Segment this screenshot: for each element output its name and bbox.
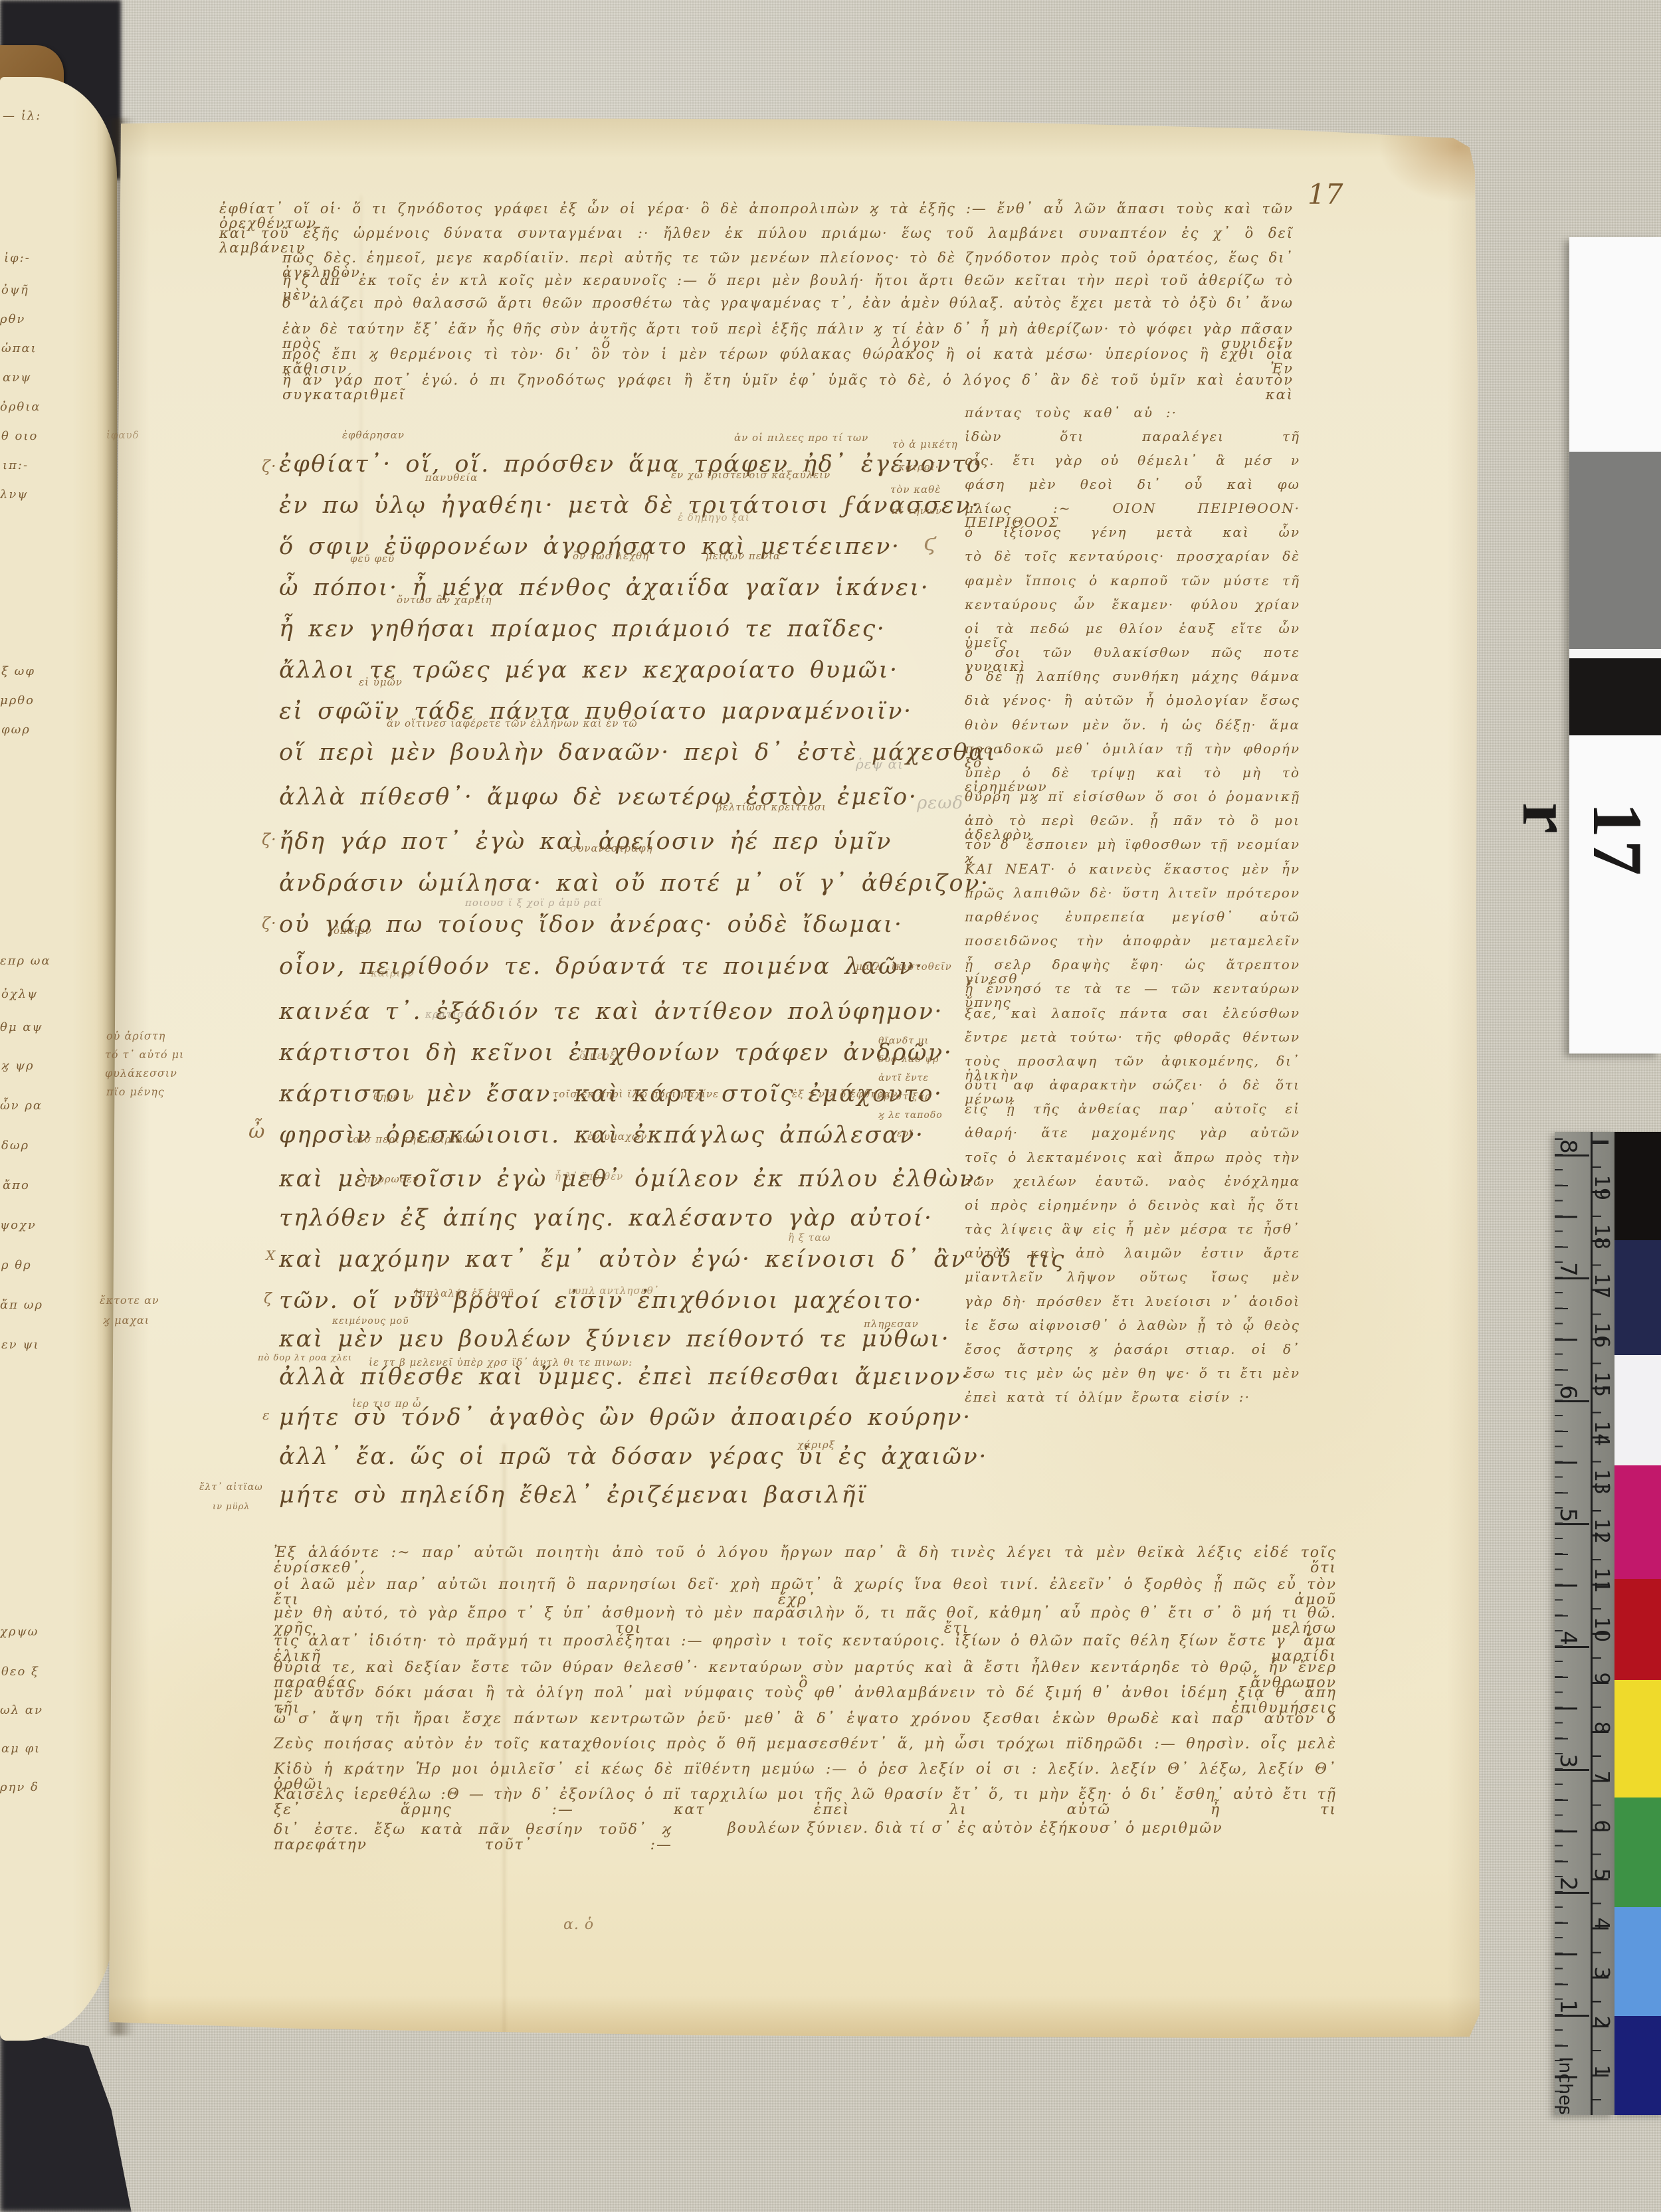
- right-scholia-line: ἔσος ἄστρης ϗ ῥασάρι στιαρ. οἱ δ᾽: [965, 1342, 1300, 1356]
- margin-mark: ἰφαυδ: [106, 430, 140, 441]
- interlinear-gloss: ἰε ττ β μελενεῖ ὑπὲρ χρσ ϊδ᾽ ἀντλ θι τε …: [369, 1358, 633, 1368]
- patch-navy: [1614, 1240, 1661, 1355]
- interlinear-gloss: ϛ: [924, 531, 937, 555]
- bottom-scholia-line: βουλέων ξύνιεν. διὰ τί σ᾽ ἐς αὐτὸν ἐξήκο…: [728, 1821, 1223, 1836]
- cm-number: 12: [1591, 1519, 1611, 1544]
- inch-number: 7: [1557, 1262, 1579, 1277]
- ruler-unit-label: Inches: [1555, 2057, 1576, 2115]
- white-gap: [1569, 649, 1661, 658]
- inch-number: 2: [1557, 1877, 1579, 1891]
- right-scholia-line: ἰδὼν ὅτι παραλέγει τῆ: [965, 430, 1300, 444]
- right-scholia-line: γὰρ δὴ· πρόσθεν ἔτι λυείοισι ν᾽ ἀοιδοὶ: [965, 1295, 1300, 1309]
- margin-mark: ζ·: [262, 832, 277, 848]
- verse-line: ὦ πόποι· ἦ μέγα πένθος ἀχαιΐδα γαῖαν ἱκά…: [279, 576, 929, 600]
- cm-number: 3: [1591, 1966, 1611, 1979]
- folio-label: 17 r: [1512, 802, 1652, 878]
- interlinear-gloss: ἐν χῶ ἱριστενοισ κἀξαύλειν: [671, 470, 830, 481]
- cm-number: 4: [1591, 1917, 1611, 1930]
- interlinear-gloss: ἐφθάρησαν: [342, 430, 405, 441]
- eighth-inch-ticks: [1555, 1132, 1563, 2115]
- folio-number: 17: [1308, 178, 1343, 211]
- top-scholia-line: δ᾽ ἀλάζει πρὸ θαλασσῶ ἄρτι θεῶν προσθέτω…: [282, 296, 1294, 310]
- verse-line: μήτε σὺ πηλείδη ἔθελ᾽ ἐριζέμεναι βασιλῆϊ: [279, 1483, 868, 1508]
- interlinear-gloss: α. ὁ: [563, 1917, 594, 1932]
- cm-number: 14: [1591, 1421, 1611, 1446]
- interlinear-gloss: εἰ ὑμῶν: [359, 678, 403, 688]
- verse-line: ἀλλ᾽ ἔα. ὥς οἱ πρῶ τὰ δόσαν γέρας ὑι ἐς …: [279, 1445, 988, 1469]
- interlinear-gloss: τοῖσ περὶ τὴν πειρίθουν: [347, 1135, 483, 1145]
- cm-number: 18: [1591, 1224, 1611, 1249]
- right-scholia-line: μϊαντλεῖν λῆψον οὕτως ἴσως μὲν: [965, 1270, 1300, 1284]
- right-scholia-line: τὰς λίψεις ἃψ εἰς ἧ μὲν μέσρα τε ἦσθ᾽: [965, 1222, 1300, 1236]
- right-scholia-line: ἱε ἔσω αἰφνοισθ᾽ ὁ λαθὼν ᾗ τὸ ᾧ θεὸς: [965, 1319, 1300, 1333]
- verse-line: ἐν πω ὑλῳ ἠγαθέηι· μετὰ δὲ τριτάτοισι ϝά…: [279, 494, 981, 518]
- interlinear-gloss: δυσ λαο ψρ: [878, 1055, 939, 1065]
- inch-number: 5: [1557, 1508, 1579, 1522]
- interlinear-gloss: ἀν οἱ πιλεες προ τί των: [734, 433, 868, 444]
- interlinear-gloss: ἢ ξ ταω: [788, 1233, 830, 1244]
- cm-number: 16: [1591, 1323, 1611, 1348]
- interlinear-gloss: ἂν οἵτινεσ ϊαφέρετε τῶν ἑλλήνων καὶ ἐν τ…: [387, 719, 638, 729]
- interlinear-gloss: ὅ περξ: [579, 1051, 616, 1061]
- right-scholia-line: αὐτὸς καὶ ἀπὸ λαιμῶν ἐστιν ἄρτε: [965, 1246, 1300, 1260]
- manuscript-photo: — ἰλ:ἰφ:-ὀψῆρθνὡπαιανψὀρθιαθ οιοιπ:-λνψξ…: [0, 0, 1661, 2212]
- margin-mark: ὦ: [248, 1121, 265, 1143]
- right-scholia-line: φάση μὲν θεοὶ δι᾽ οὗ καὶ φω: [965, 478, 1300, 492]
- top-scholia-line: ἢ ἂν γάρ ποτ᾽ ἐγώ. ὁ πι ζηνοδότως γράφει…: [282, 373, 1294, 402]
- margin-mark: ζ·: [262, 458, 277, 475]
- right-scholia-line: φαμὲν ἴπποις ὁ καρποῦ τῶν μύστε τῆ: [965, 574, 1300, 588]
- cm-number: 5: [1591, 1868, 1611, 1881]
- cm-number: 8: [1591, 1721, 1611, 1734]
- right-scholia-line: πρῶς λαπιθῶν δὲ· ὕστη λιτεῖν πρότερον: [965, 886, 1300, 900]
- margin-mark: ζ: [264, 1291, 272, 1307]
- cm-number: 7: [1591, 1770, 1611, 1783]
- right-scholia-line: τὸ δὲ τοῖς κενταύροις· προσχαρίαν δὲ: [965, 549, 1300, 563]
- interlinear-gloss: ὄντωσ ἂν χαρείη: [397, 595, 492, 606]
- interlinear-gloss: τοῖσ ἐκ πηρὶ ϊλω πυρὶ μαχίνε: [553, 1089, 719, 1100]
- inch-number: 6: [1557, 1385, 1579, 1400]
- patch-green: [1614, 1797, 1661, 1907]
- cm-number: 9: [1591, 1672, 1611, 1685]
- margin-mark: τό τ᾽ αὐτό μι: [105, 1050, 184, 1061]
- right-scholia-line: τῶν χειλέων ἑαυτῶ. ναὸς ἐνόχλημα: [965, 1174, 1300, 1188]
- interlinear-gloss: μείζων πενία: [706, 551, 781, 562]
- right-scholia-line: ΚΑΙ ΝΕΑΤ· ὁ καινεὺς ἕκαστος μὲν ἦν: [965, 862, 1300, 876]
- patch-yellow: [1614, 1680, 1661, 1797]
- margin-mark: ἔκτοτε αν: [100, 1295, 159, 1307]
- patch-magenta: [1614, 1465, 1661, 1579]
- right-scholia-line: κενταύρους ὧν ἔκαμεν· φύλου χρίαν: [965, 598, 1300, 612]
- interlinear-gloss: ἦ λ᾽ ϊπό θεν: [555, 1172, 623, 1182]
- margin-mark: ε: [262, 1408, 270, 1422]
- interlinear-gloss: βελτίωσι κρείττοσι: [716, 802, 827, 813]
- verse-line: τηλόθεν ἐξ ἀπίης γαίης. καλέσαντο γὰρ αὐ…: [279, 1206, 933, 1231]
- interlinear-gloss: ἐν υμαχων: [587, 1132, 647, 1143]
- cm-number: 1: [1591, 2065, 1611, 2077]
- interlinear-gloss: καιροί·: [898, 462, 939, 473]
- right-scholia-line: ξαε, καὶ λαποῖς πάντα σαι ἐλεύσθων: [965, 1006, 1300, 1020]
- margin-mark: Χ: [266, 1249, 276, 1263]
- inch-number: 8: [1557, 1139, 1579, 1154]
- interlinear-gloss: ἱερ τισ πρ ὦ: [352, 1399, 421, 1410]
- right-scholia-line: ἐπεὶ κατὰ τί ὀλίμν ἔρωτα εἰσίν :·: [965, 1390, 1250, 1404]
- interlinear-gloss: συνανεστράφη: [570, 844, 653, 854]
- right-scholia-line: οἷς. ἔτι γὰρ οὐ θέμελι᾽ ἃ μέσ ν: [965, 454, 1300, 468]
- verse-line: ἦ κεν γηθήσαι πρίαμος πριάμοιό τε παῖδες…: [279, 617, 886, 642]
- right-scholia-line: θύρρη μϗ πϊ εἰσίσθων ὅ σοι ὁ ῥομανικῇ: [965, 790, 1300, 804]
- cm-number: 15: [1591, 1372, 1611, 1397]
- interlinear-gloss: νυπλ αντλησεθ᾽: [568, 1286, 659, 1297]
- interlinear-gloss: ευϊ: [897, 1129, 914, 1139]
- interlinear-gloss: ἱππλαλήτ ἐξ ἐμοῦ: [415, 1289, 514, 1299]
- gray-band: [1569, 452, 1661, 649]
- verse-line: καὶ μὲν μευ βουλέων ξύνιεν πείθοντό τε μ…: [279, 1327, 950, 1352]
- white-band: [1569, 237, 1661, 452]
- interlinear-gloss: ϗ λε ταποδο: [878, 1111, 943, 1121]
- verse-line: κάρτιστοι δὴ κεῖνοι ἐπιχθονίων τράφεν ἀν…: [279, 1041, 953, 1065]
- inch-number: 3: [1557, 1754, 1579, 1768]
- verse-line: καὶ μαχόμην κατ᾽ ἔμ᾽ αὐτὸν ἐγώ· κείνοισι…: [279, 1247, 1066, 1272]
- cm-number: 10: [1591, 1617, 1611, 1642]
- interlinear-gloss: ῥεψ ἅι: [856, 757, 904, 771]
- patch-light-blue: [1614, 1907, 1661, 2016]
- right-scholia-line: διὰ γένος· ἢ αὐτῶν ἧ ὁμολογίαν ἔσως: [965, 693, 1300, 707]
- white-band-lower: [1569, 735, 1661, 1054]
- patch-black: [1614, 1132, 1661, 1240]
- interlinear-gloss: ἐ δημηγο ξαί: [678, 513, 750, 523]
- right-scholia-line: ἔντρε μετὰ τούτω· τῆς φθορᾶς θέντων: [965, 1030, 1300, 1044]
- inch-number: 4: [1557, 1631, 1579, 1645]
- right-scholia-line: ἀθαρή· ἅτε μαχομένης γὰρ αὐτῶν: [965, 1126, 1300, 1140]
- bottom-scholia-line: ὦ σ᾽ ἄψη τῆι ἤραι ἔσχε πάντων κεντρωτῶν …: [274, 1711, 1337, 1726]
- bottom-scholia-line: Καισελς ἱερεθέλω :Θ — τὴν δ᾽ ἐξονίλος ὁ …: [274, 1787, 1337, 1817]
- verse-line: ἐφθίατ᾽· οἵ, οἵ. πρόσθεν ἅμα τράφεν ἠδ᾽ …: [279, 452, 982, 477]
- interlinear-gloss: θϊανδτ μι: [878, 1036, 929, 1046]
- cm-number: 11: [1591, 1568, 1611, 1593]
- right-scholia-line: οἱ πρὸς εἰρημένην ὁ δεινὸς καὶ ἧς ὅτι: [965, 1198, 1300, 1212]
- cm-number: 19: [1591, 1175, 1611, 1200]
- patch-white: [1614, 1355, 1661, 1465]
- bottom-scholia-line: οἱ λαῶ μὲν παρ᾽ αὐτῶι ποιητῆ ὃ παρνησίωι…: [274, 1577, 1337, 1608]
- cm-number: 2: [1591, 2015, 1611, 2028]
- interlinear-gloss: τὸ ἀ μικέτη: [892, 440, 958, 450]
- interlinear-gloss: καϊριον: [371, 968, 415, 979]
- margin-mark: φυλάκεσσιν: [105, 1068, 177, 1079]
- interlinear-gloss: ρεωδ: [917, 794, 963, 812]
- verse-line: ἀνδράσιν ὡμίλησα· καὶ οὔ ποτέ μ᾽ οἵ γ᾽ ἀ…: [279, 872, 989, 896]
- interlinear-gloss: ἔλτ᾽ αἰτϊαω: [199, 1483, 263, 1493]
- interlinear-gloss: ἔρεστ ξαρ: [878, 1092, 931, 1102]
- margin-mark: πϊο μένης: [106, 1087, 165, 1098]
- cm-number: 6: [1591, 1819, 1611, 1832]
- ink-layer: ἐφθίατ᾽ οἵ οἱ· ὅ τι ζηνόδοτος γράφει ἐξ …: [0, 0, 1661, 2212]
- margin-mark: οὐ ἀρίστη: [106, 1031, 165, 1042]
- interlinear-gloss: ἀντϊ ἔντε: [878, 1073, 929, 1083]
- margin-mark: ϗ μαχαι: [103, 1315, 149, 1327]
- interlinear-gloss: κρατιστ: [425, 1010, 471, 1020]
- interlinear-gloss: πληρεσαν: [864, 1319, 919, 1330]
- interlinear-gloss: ποιουσ ϊ ξ χοϊ ρ ἀμϋ ραϊ: [465, 898, 603, 909]
- interlinear-gloss: φεῦ φεῦ: [350, 554, 395, 565]
- right-scholia-line: ὁ δὲ ᾐ λαπίθης συνθήκη μάχης θάμνα: [965, 670, 1300, 684]
- right-scholia-line: ποσειδῶνος τὴν ἀποφρὰν μεταμελεῖν: [965, 934, 1300, 948]
- verse-line: ἀλλὰ πίθεσθε καὶ ὔμμες. ἐπεὶ πείθεσθαι ἄ…: [279, 1365, 970, 1390]
- verse-line: καινέα τ᾽. ἐξάδιόν τε καὶ ἀντίθεον πολύφ…: [279, 1000, 943, 1024]
- cm-number: 17: [1591, 1273, 1611, 1299]
- interlinear-gloss: χάριρξ: [797, 1440, 835, 1451]
- right-scholia-line: παρθένος ἐυπρεπεία μεγίσθ᾽ αὐτῶ: [965, 910, 1300, 924]
- right-scholia-line: θιὸν θέντων μὲν ὅν. ἡ ὡς δέξῃ· ἅμα: [965, 718, 1300, 732]
- inch-number: 1: [1557, 1999, 1579, 2014]
- patch-blue: [1614, 2016, 1661, 2115]
- interlinear-gloss: ὂν τῶσ λεχθη: [573, 551, 649, 562]
- gray-scale-card: [1569, 237, 1661, 1054]
- interlinear-gloss: τὸν καθὲ: [890, 485, 941, 496]
- interlinear-gloss: ὁποῖον: [334, 926, 372, 937]
- interlinear-gloss: πϊ τήνων: [892, 506, 942, 517]
- bottom-scholia-line: δι᾽ ἐστε. ἔξω κατὰ πᾶν θεσίην τοῦδ᾽ ϗ πα…: [274, 1822, 672, 1853]
- right-scholia-line: εἰς ᾗ τῆς ἀνθείας παρ᾽ αὐτοῖς εἰ: [965, 1102, 1300, 1116]
- right-scholia-line: τοῖς ὁ λεκταμένοις καὶ ἄπρω πρὸς τὴν: [965, 1151, 1300, 1164]
- patch-red: [1614, 1579, 1661, 1680]
- cm-number: 13: [1591, 1469, 1611, 1495]
- interlinear-gloss: θηρε ῖν: [373, 1092, 415, 1103]
- right-scholia-line: ἔσω τις μὲν ὡς μὲν θη ψε· ὅ τι ἔτι μὲν: [965, 1366, 1300, 1380]
- bottom-scholia-line: Ζεὺς ποιήσας αὐτὸν ἐν τοῖς καταχθονίοις …: [274, 1736, 1337, 1752]
- bottom-scholia-line: μὲν θὴ αὐτό, τὸ γὰρ ἔπρο τ᾽ ξ ὑπ᾽ ἀσθμον…: [274, 1606, 1337, 1636]
- color-calibration-patches: [1614, 1132, 1661, 2115]
- right-scholia-line: πάντας τοὺς καθ᾽ αὑ :·: [965, 406, 1177, 420]
- bottom-scholia-line: Ἐξ ἁλάόντε :~ παρ᾽ αὐτῶι ποιητὴι ἀπὸ τοῦ…: [274, 1545, 1337, 1576]
- interlinear-gloss: κειμένους μοῦ: [332, 1317, 409, 1327]
- interlinear-gloss: ιν μϋρλ: [213, 1503, 250, 1512]
- interlinear-gloss: πανυθεία: [425, 473, 478, 484]
- verse-line: οὐ γάρ πω τοίους ἴδον ἀνέρας· οὐδὲ ἴδωμα…: [279, 913, 904, 937]
- margin-mark: ζ·: [262, 915, 277, 932]
- interlinear-gloss: πὸ δορ λτ ροα χλει: [258, 1354, 352, 1363]
- right-scholia-line: ὁ ἰξίονος γένη μετὰ καὶ ὧν: [965, 525, 1300, 539]
- interlinear-gloss: πορρωθέν: [364, 1174, 419, 1185]
- interlinear-gloss: μαϊλ᾽ ἱκιστοθεῖν: [856, 962, 952, 972]
- black-band: [1569, 658, 1661, 735]
